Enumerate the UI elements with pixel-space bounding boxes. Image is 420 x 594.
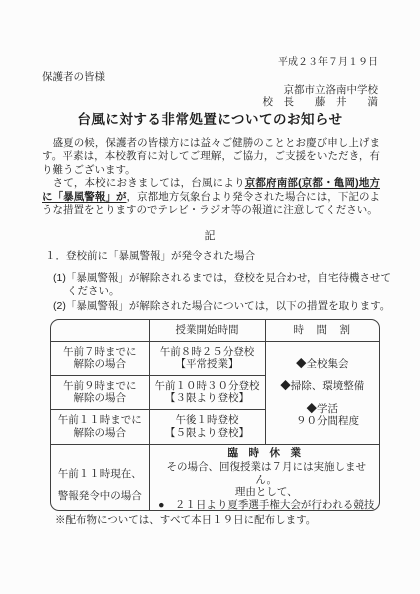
start-time-line: 【平常授業】 xyxy=(153,358,262,371)
start-time-line: 午前１０時３０分登校 xyxy=(153,380,262,393)
condition-line: 午前９時までに xyxy=(54,380,146,393)
closure-title: 臨 時 休 業 xyxy=(153,447,377,460)
start-time-line: 午後１時登校 xyxy=(153,414,262,427)
schedule-table: 授業開始時間 時 間 割 午前７時までに 解除の場合 午前８時２５分登校 【平常… xyxy=(50,319,380,511)
body-paragraphs: 盛夏の候，保護者の皆様方には益々ご健勝のこととお慶び申し上げます。平素は，本校教… xyxy=(42,137,380,217)
ki-mark: 記 xyxy=(0,227,420,243)
start-time-line: 【３限より登校】 xyxy=(153,392,262,405)
table-header-empty xyxy=(51,320,149,341)
greeting-paragraph: 盛夏の候，保護者の皆様方には益々ご健勝のこととお慶び申し上げます。平素は，本校教… xyxy=(42,137,380,177)
condition-line: 午前１１時現在、 xyxy=(54,468,146,481)
condition-cell: 午前１１時現在、 警報発令中の場合 xyxy=(51,444,149,511)
timetable-cell: ◆全校集会 ◆掃除、環境整備 ◆学活 ９０分間程度 xyxy=(265,341,379,444)
notice-text-pre: さて，本校におきましては，台風により xyxy=(42,177,245,189)
start-time-cell: 午前８時２５分登校 【平常授業】 xyxy=(149,341,265,375)
footnote: ※配布物については、すべて本日１９日に配布します。 xyxy=(55,514,385,527)
start-time-cell: 午前１０時３０分登校 【３限より登校】 xyxy=(149,375,265,409)
table-header-row: 授業開始時間 時 間 割 xyxy=(51,320,379,341)
document-title: 台風に対する非常処置についてのお知らせ xyxy=(0,108,420,128)
section-1-item-2: (2)「暴風警報」が解除された場合については，以下の措置を取ります。 xyxy=(53,300,402,313)
closure-line: その場合、回復授業は７月には実施しません。 xyxy=(157,461,377,486)
table-header-timetable: 時 間 割 xyxy=(265,320,379,341)
condition-line: 警報発令中の場合 xyxy=(54,490,146,503)
condition-line: 解除の場合 xyxy=(54,427,146,440)
condition-cell: 午前１１時までに 解除の場合 xyxy=(51,409,149,444)
start-time-cell: 午後１時登校 【５限より登校】 xyxy=(149,409,265,444)
closure-cell: 臨 時 休 業 その場合、回復授業は７月には実施しません。 理由として、 ● ２… xyxy=(149,444,379,511)
condition-cell: 午前７時までに 解除の場合 xyxy=(51,341,149,375)
document-date: 平成２３年７月１９日 xyxy=(278,56,378,69)
timetable-item: ◆学活 xyxy=(269,403,377,416)
closure-bullet: ● ２１日より夏季選手権大会が行われる競技があるとともに本校が、会場となるため。 xyxy=(157,499,377,512)
timetable-item: ９０分間程度 xyxy=(269,415,377,428)
condition-line: 解除の場合 xyxy=(54,392,146,405)
condition-line: 午前７時までに xyxy=(54,346,146,359)
closure-line: 理由として、 xyxy=(157,486,377,499)
section-1-heading: １．登校前に「暴風警報」が発令された場合 xyxy=(45,250,380,263)
table-row: 午前７時までに 解除の場合 午前８時２５分登校 【平常授業】 ◆全校集会 ◆掃除… xyxy=(51,341,379,375)
table-row-closure: 午前１１時現在、 警報発令中の場合 臨 時 休 業 その場合、回復授業は７月には… xyxy=(51,444,379,511)
start-time-line: 午前８時２５分登校 xyxy=(153,346,262,359)
condition-line: 解除の場合 xyxy=(54,358,146,371)
table-header-start-time: 授業開始時間 xyxy=(149,320,265,341)
section-1-item-1: (1)「暴風警報」が解除されるまでは，登校を見合わせ，自宅待機させてください。 xyxy=(53,272,397,299)
document-page: 平成２３年７月１９日 保護者の皆様 京都市立洛南中学校 校 長 藤 井 満 台風… xyxy=(0,0,420,594)
timetable-item: ◆全校集会 xyxy=(269,358,377,371)
condition-line: 午前１１時までに xyxy=(54,414,146,427)
timetable-item: ◆掃除、環境整備 xyxy=(269,380,377,393)
notice-paragraph: さて，本校におきましては，台風により京都府南部(京都・亀岡)地方に「暴風警報」が… xyxy=(42,177,380,217)
start-time-line: 【５限より登校】 xyxy=(153,427,262,440)
recipient-line: 保護者の皆様 xyxy=(42,71,105,84)
condition-cell: 午前９時までに 解除の場合 xyxy=(51,375,149,409)
